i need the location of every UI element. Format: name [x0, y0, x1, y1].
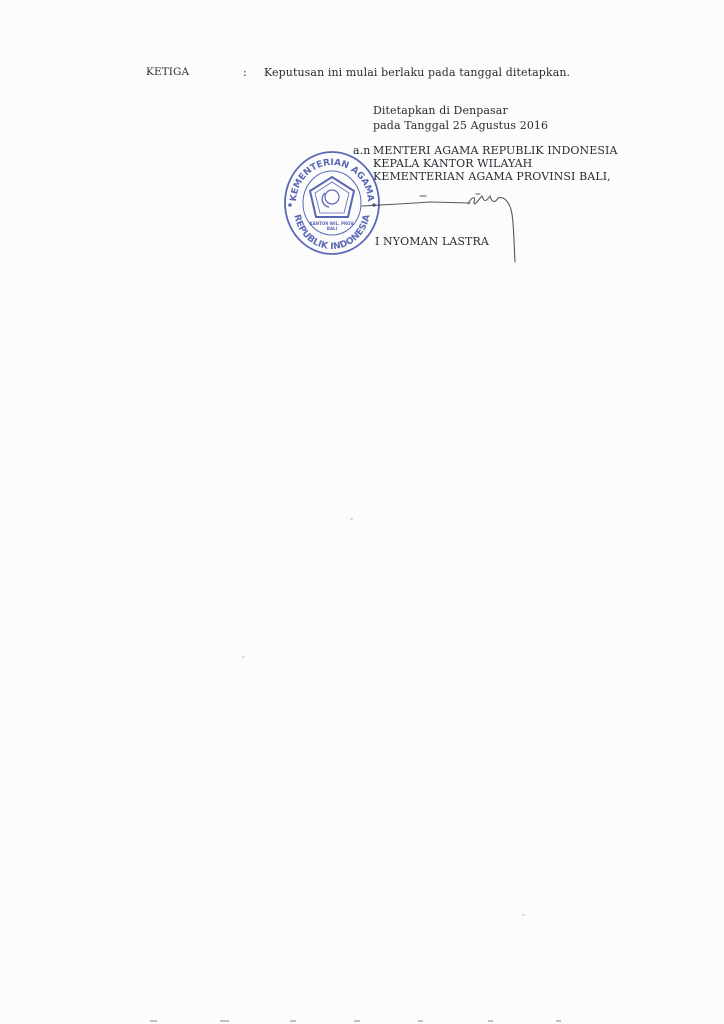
- enactment-date: pada Tanggal 25 Agustus 2016: [373, 119, 548, 132]
- official-line-3: KEMENTERIAN AGAMA PROVINSI BALI,: [373, 170, 611, 183]
- clause-label: KETIGA: [146, 66, 189, 78]
- scan-speck: [522, 914, 525, 916]
- footer-scan-marks: [0, 1020, 724, 1022]
- document-page: KETIGA : Keputusan ini mulai berlaku pad…: [0, 0, 724, 1024]
- scan-speck: [242, 656, 245, 658]
- signer-name: I NYOMAN LASTRA: [375, 235, 489, 248]
- signature-icon: [360, 190, 530, 265]
- official-line-2: KEPALA KANTOR WILAYAH: [373, 157, 532, 170]
- svg-text:BALI: BALI: [327, 226, 338, 231]
- official-line-1: MENTERI AGAMA REPUBLIK INDONESIA: [373, 144, 618, 157]
- clause-separator: :: [243, 66, 247, 79]
- scan-speck: [350, 518, 353, 520]
- enactment-place: Ditetapkan di Denpasar: [373, 104, 508, 117]
- clause-text: Keputusan ini mulai berlaku pada tanggal…: [264, 66, 570, 79]
